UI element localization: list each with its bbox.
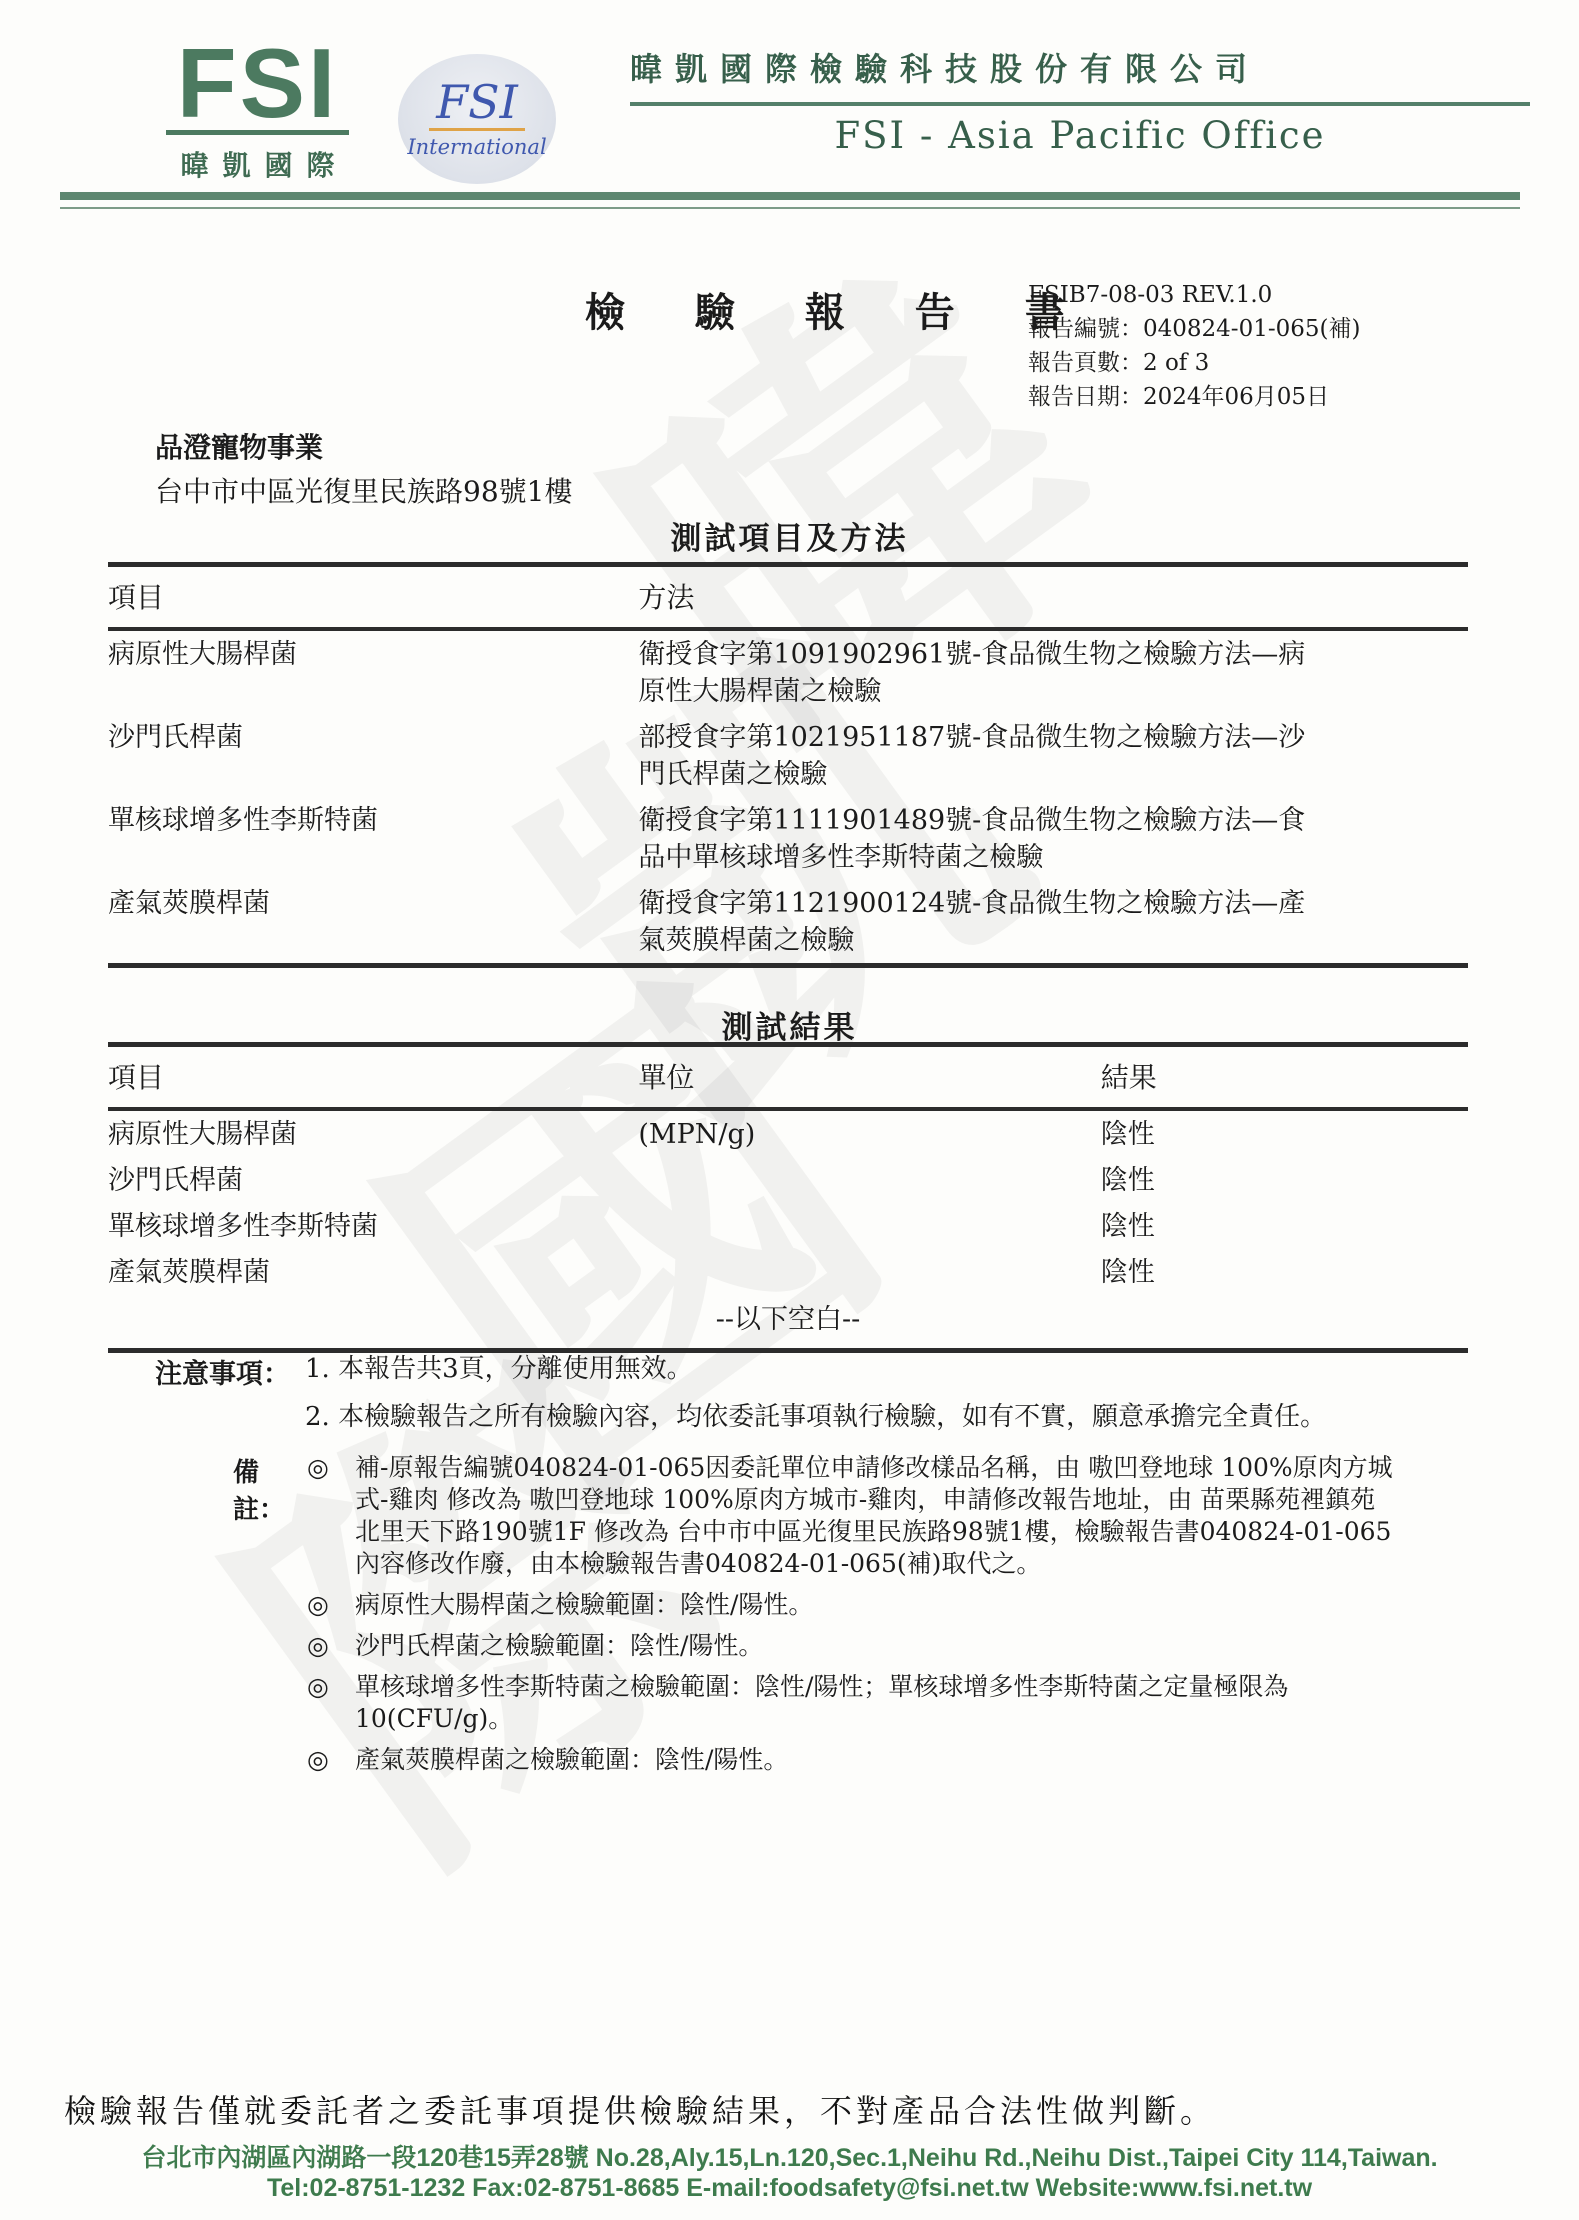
fsi-logo: FSI 暐凱國際 [160,38,355,184]
fsi-logo-subtext: 暐凱國際 [174,144,355,184]
footer-address: 台北市內湖區內湖路一段120巷15弄28號 No.28,Aly.15,Ln.12… [0,2138,1579,2174]
remark-item: ◎ 單核球增多性李斯特菌之檢驗範圍：陰性/陽性；單核球增多性李斯特菌之定量極限為… [307,1671,1473,1735]
remark-item: ◎ 產氣莢膜桿菌之檢驗範圍：陰性/陽性。 [307,1744,1473,1776]
note-number: 1. [305,1354,330,1384]
page-divider-thick [60,192,1520,200]
notes-label: 注意事項： [155,1352,305,1448]
methods-col-method: 方法 [638,565,1468,630]
methods-table: 項目 方法 病原性大腸桿菌 衛授食字第1091902961號-食品微生物之檢驗方… [108,562,1468,968]
notes-block: 注意事項： 1. 本報告共3頁，分離使用無效。 2. 本檢驗報告之所有檢驗內容，… [155,1352,1475,1448]
note-text: 本檢驗報告之所有檢驗內容，均依委託事項執行檢驗，如有不實，願意承擔完全責任。 [338,1402,1326,1432]
remarks-label: 備註： [233,1452,307,1580]
seal-international-text: International [407,135,546,159]
result-unit: (MPN/g) [638,1109,1100,1157]
footer-disclaimer: 檢驗報告僅就委託者之委託事項提供檢驗結果，不對產品合法性做判斷。 [64,2086,1216,2132]
remark-item: ◎ 補-原報告編號040824-01-065因委託單位申請修改樣品名稱，由 嗷凹… [307,1452,1395,1580]
method-item: 產氣莢膜桿菌 [108,880,638,966]
end-of-data-note: --以下空白-- [108,1295,1468,1351]
note-text: 本報告共3頁，分離使用無效。 [338,1354,693,1384]
remark-text: 病原性大腸桿菌之檢驗範圍：陰性/陽性。 [355,1589,813,1621]
method-desc: 衛授食字第1111901489號-食品微生物之檢驗方法—食品中單核球增多性李斯特… [638,797,1468,880]
company-header: 暐凱國際檢驗科技股份有限公司 FSI - Asia Pacific Office [630,44,1530,157]
results-table: 項目 單位 結果 病原性大腸桿菌 (MPN/g) 陰性 沙門氏桿菌 陰性 單核球… [108,1042,1468,1353]
table-row: 沙門氏桿菌 部授食字第1021951187號-食品微生物之檢驗方法—沙門氏桿菌之… [108,714,1468,797]
note-number: 2. [305,1402,330,1432]
note-item: 2. 本檢驗報告之所有檢驗內容，均依委託事項執行檢驗，如有不實，願意承擔完全責任… [305,1400,1326,1434]
table-row: 產氣莢膜桿菌 陰性 [108,1249,1468,1295]
client-address: 台中市中區光復里民族路98號1樓 [155,470,572,514]
method-desc-text: 部授食字第1021951187號-食品微生物之檢驗方法—沙門氏桿菌之檢驗 [638,719,1308,793]
method-desc-text: 衛授食字第1091902961號-食品微生物之檢驗方法—病原性大腸桿菌之檢驗 [638,636,1308,710]
client-name: 品澄寵物事業 [155,426,572,470]
remark-bullet: ◎ [307,1452,355,1580]
result-unit [638,1157,1100,1203]
remark-text: 單核球增多性李斯特菌之檢驗範圍：陰性/陽性；單核球增多性李斯特菌之定量極限為10… [355,1671,1395,1735]
seal-divider [429,128,525,131]
result-unit [638,1203,1100,1249]
result-unit [638,1249,1100,1295]
table-row: 單核球增多性李斯特菌 陰性 [108,1203,1468,1249]
fsi-logo-text: FSI [160,38,355,128]
office-name: FSI - Asia Pacific Office [630,114,1530,157]
method-item: 病原性大腸桿菌 [108,629,638,714]
company-underline [630,102,1530,106]
methods-section-title: 測試項目及方法 [0,513,1579,558]
remark-bullet: ◎ [307,1744,355,1776]
report-date: 報告日期：2024年06月05日 [1028,380,1360,414]
end-of-data-row: --以下空白-- [108,1295,1468,1351]
remark-bullet: ◎ [307,1630,355,1662]
result-item: 單核球增多性李斯特菌 [108,1203,638,1249]
page-divider-thin [60,207,1520,209]
method-desc-text: 衛授食字第1121900124號-食品微生物之檢驗方法—產氣莢膜桿菌之檢驗 [638,885,1308,959]
table-row: 沙門氏桿菌 陰性 [108,1157,1468,1203]
report-title: 檢 驗 報 告 書 [585,281,1093,338]
method-desc: 衛授食字第1091902961號-食品微生物之檢驗方法—病原性大腸桿菌之檢驗 [638,629,1468,714]
result-item: 產氣莢膜桿菌 [108,1249,638,1295]
remark-text: 沙門氏桿菌之檢驗範圍：陰性/陽性。 [355,1630,763,1662]
remark-bullet: ◎ [307,1589,355,1621]
result-item: 沙門氏桿菌 [108,1157,638,1203]
seal-fsi-text: FSI [436,79,518,125]
fsi-international-seal: FSI International [398,54,556,184]
footer-contact: Tel:02-8751-1232 Fax:02-8751-8685 E-mail… [0,2174,1579,2203]
remark-item: ◎ 病原性大腸桿菌之檢驗範圍：陰性/陽性。 [307,1589,1473,1621]
results-col-unit: 單位 [638,1045,1100,1110]
remarks-block: 備註： ◎ 補-原報告編號040824-01-065因委託單位申請修改樣品名稱，… [233,1452,1473,1776]
method-desc: 部授食字第1021951187號-食品微生物之檢驗方法—沙門氏桿菌之檢驗 [638,714,1468,797]
report-doc-code: FSIB7-08-03 REV.1.0 [1028,278,1360,312]
table-row: 單核球增多性李斯特菌 衛授食字第1111901489號-食品微生物之檢驗方法—食… [108,797,1468,880]
remark-bullet: ◎ [307,1671,355,1735]
remark-item: ◎ 沙門氏桿菌之檢驗範圍：陰性/陽性。 [307,1630,1473,1662]
result-item: 病原性大腸桿菌 [108,1109,638,1157]
result-value: 陰性 [1101,1249,1468,1295]
method-desc: 衛授食字第1121900124號-食品微生物之檢驗方法—產氣莢膜桿菌之檢驗 [638,880,1468,966]
method-desc-text: 衛授食字第1111901489號-食品微生物之檢驗方法—食品中單核球增多性李斯特… [638,802,1308,876]
client-block: 品澄寵物事業 台中市中區光復里民族路98號1樓 [155,426,572,514]
results-col-item: 項目 [108,1045,638,1110]
report-pages: 報告頁數：2 of 3 [1028,346,1360,380]
result-value: 陰性 [1101,1203,1468,1249]
method-item: 沙門氏桿菌 [108,714,638,797]
report-meta: FSIB7-08-03 REV.1.0 報告編號：040824-01-065(補… [1028,278,1360,414]
report-number: 報告編號：040824-01-065(補) [1028,312,1360,346]
table-row: 病原性大腸桿菌 衛授食字第1091902961號-食品微生物之檢驗方法—病原性大… [108,629,1468,714]
remark-text: 補-原報告編號040824-01-065因委託單位申請修改樣品名稱，由 嗷凹登地… [355,1452,1395,1580]
result-value: 陰性 [1101,1157,1468,1203]
results-section-title: 測試結果 [0,1002,1579,1047]
report-page: FSI 暐凱國際 FSI International 暐凱國際檢驗科技股份有限公… [0,0,1579,2220]
result-value: 陰性 [1101,1109,1468,1157]
company-name: 暐凱國際檢驗科技股份有限公司 [630,44,1530,90]
results-col-result: 結果 [1101,1045,1468,1110]
method-item: 單核球增多性李斯特菌 [108,797,638,880]
table-row: 病原性大腸桿菌 (MPN/g) 陰性 [108,1109,1468,1157]
methods-col-item: 項目 [108,565,638,630]
remark-text: 產氣莢膜桿菌之檢驗範圍：陰性/陽性。 [355,1744,788,1776]
table-row: 產氣莢膜桿菌 衛授食字第1121900124號-食品微生物之檢驗方法—產氣莢膜桿… [108,880,1468,966]
results-header-row: 項目 單位 結果 [108,1045,1468,1110]
note-item: 1. 本報告共3頁，分離使用無效。 [305,1352,1326,1386]
methods-header-row: 項目 方法 [108,565,1468,630]
